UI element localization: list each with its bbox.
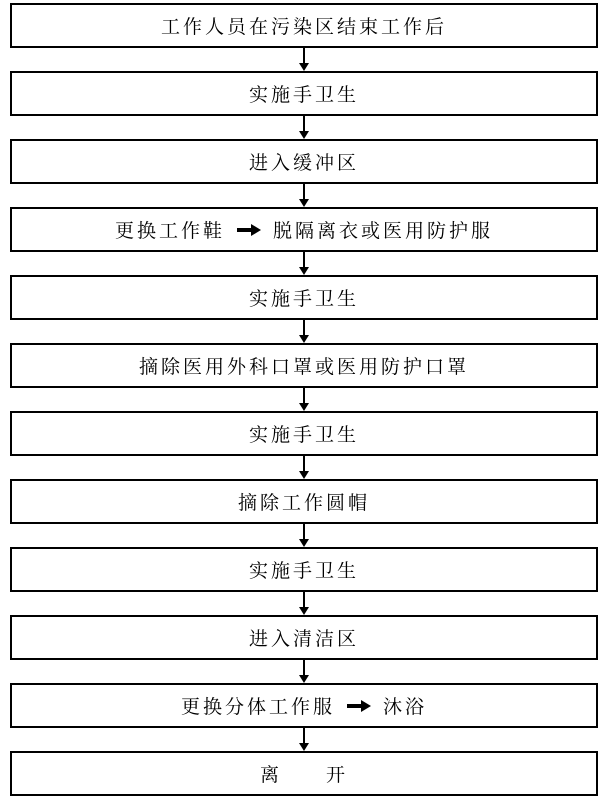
- arrow-head: [299, 539, 309, 547]
- step-label: 实施手卫生: [249, 556, 359, 583]
- arrow-head: [299, 267, 309, 275]
- step-label: 实施手卫生: [249, 80, 359, 107]
- arrow-stem: [303, 320, 305, 335]
- step-box-9: 实施手卫生: [10, 547, 598, 592]
- step-box-4: 更换工作鞋 脱隔离衣或医用防护服: [10, 207, 598, 252]
- arrow-stem: [303, 48, 305, 63]
- arrow-stem: [303, 184, 305, 199]
- down-arrow-icon: [10, 456, 598, 479]
- arrow-head: [299, 471, 309, 479]
- arrow-head: [299, 675, 309, 683]
- down-arrow-icon: [10, 116, 598, 139]
- step-box-2: 实施手卫生: [10, 71, 598, 116]
- arrow-head: [299, 335, 309, 343]
- down-arrow-icon: [10, 388, 598, 411]
- down-arrow-icon: [10, 524, 598, 547]
- step-label: 实施手卫生: [249, 284, 359, 311]
- arrow-head: [299, 743, 309, 751]
- down-arrow-icon: [10, 252, 598, 275]
- step-box-10: 进入清洁区: [10, 615, 598, 660]
- step-label: 摘除医用外科口罩或医用防护口罩: [139, 352, 469, 379]
- step-label: 进入缓冲区: [249, 148, 359, 175]
- step-label: 工作人员在污染区结束工作后: [161, 12, 447, 39]
- flowchart-page: 工作人员在污染区结束工作后 实施手卫生 进入缓冲区 更换工作鞋: [0, 0, 612, 809]
- step-box-8: 摘除工作圆帽: [10, 479, 598, 524]
- step-box-6: 摘除医用外科口罩或医用防护口罩: [10, 343, 598, 388]
- arrow-head: [299, 63, 309, 71]
- arrow-stem: [303, 388, 305, 403]
- arrow-stem: [303, 592, 305, 607]
- arrow-stem: [303, 252, 305, 267]
- down-arrow-icon: [10, 728, 598, 751]
- step-label: 进入清洁区: [249, 624, 359, 651]
- arrow-head: [299, 607, 309, 615]
- step-box-5: 实施手卫生: [10, 275, 598, 320]
- step-label-left: 更换分体工作服: [181, 692, 335, 719]
- step-label: 实施手卫生: [249, 420, 359, 447]
- right-arrow-icon: [237, 224, 261, 236]
- step-label: 离 开: [260, 760, 348, 787]
- arrow-stem: [303, 728, 305, 743]
- step-box-11: 更换分体工作服 沐浴: [10, 683, 598, 728]
- down-arrow-icon: [10, 48, 598, 71]
- arrow-stem: [303, 116, 305, 131]
- arrow-head: [299, 199, 309, 207]
- arrow-stem: [303, 524, 305, 539]
- down-arrow-icon: [10, 320, 598, 343]
- step-label-right: 脱隔离衣或医用防护服: [273, 216, 493, 243]
- flowchart: 工作人员在污染区结束工作后 实施手卫生 进入缓冲区 更换工作鞋: [10, 3, 598, 796]
- down-arrow-icon: [10, 660, 598, 683]
- arrow-stem: [303, 456, 305, 471]
- step-label-left: 更换工作鞋: [115, 216, 225, 243]
- arrow-head: [299, 403, 309, 411]
- step-box-7: 实施手卫生: [10, 411, 598, 456]
- down-arrow-icon: [10, 184, 598, 207]
- down-arrow-icon: [10, 592, 598, 615]
- right-arrow-icon: [347, 700, 371, 712]
- step-box-3: 进入缓冲区: [10, 139, 598, 184]
- step-label: 摘除工作圆帽: [238, 488, 370, 515]
- step-box-1: 工作人员在污染区结束工作后: [10, 3, 598, 48]
- arrow-stem: [303, 660, 305, 675]
- arrow-head: [299, 131, 309, 139]
- step-label-right: 沐浴: [383, 692, 427, 719]
- step-box-12: 离 开: [10, 751, 598, 796]
